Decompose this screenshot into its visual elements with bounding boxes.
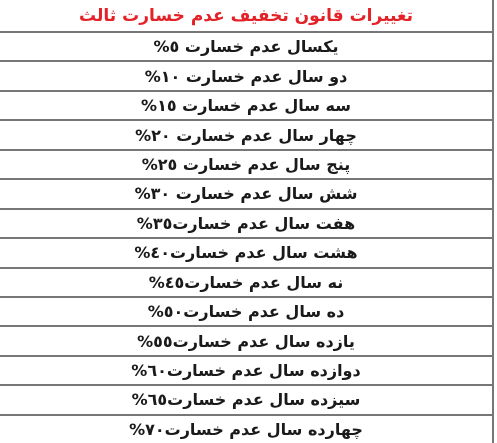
table-row: دوازده سال عدم خسارت٦٠% bbox=[0, 355, 492, 384]
table-row: یکسال عدم خسارت ٥% bbox=[0, 31, 492, 60]
discount-table: تغییرات قانون تخفیف عدم خسارت ثالث یکسال… bbox=[0, 0, 494, 443]
table-row: هفت سال عدم خسارت٣٥% bbox=[0, 208, 492, 237]
table-row: یازده سال عدم خسارت٥٥% bbox=[0, 325, 492, 354]
table-row: چهار سال عدم خسارت ٢٠% bbox=[0, 119, 492, 148]
table-row: سه سال عدم خسارت ١٥% bbox=[0, 90, 492, 119]
table-row: نه سال عدم خسارت٤٥% bbox=[0, 267, 492, 296]
page-title: تغییرات قانون تخفیف عدم خسارت ثالث bbox=[0, 0, 492, 31]
table-row: سیزده سال عدم خسارت٦٥% bbox=[0, 384, 492, 413]
table-row: پنج سال عدم خسارت ٢٥% bbox=[0, 149, 492, 178]
table-row: چهارده سال عدم خسارت٧٠% bbox=[0, 414, 492, 443]
table-row: دو سال عدم خسارت ١٠% bbox=[0, 60, 492, 89]
document-page: تغییرات قانون تخفیف عدم خسارت ثالث یکسال… bbox=[0, 0, 497, 443]
table-row: ده سال عدم خسارت٥٠% bbox=[0, 296, 492, 325]
table-row: شش سال عدم خسارت ٣٠% bbox=[0, 178, 492, 207]
table-row: هشت سال عدم خسارت٤٠% bbox=[0, 237, 492, 266]
